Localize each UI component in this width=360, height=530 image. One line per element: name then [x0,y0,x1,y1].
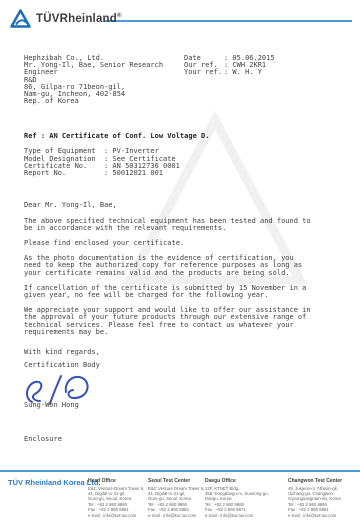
body-paragraph: The above specified technical equipment … [24,218,314,232]
your-ref-label: Your ref. [184,69,224,76]
enclosure-line: Enclosure [24,436,336,443]
detail-value: : 50012021 001 [104,170,163,177]
office-title: Head Office [88,478,144,484]
tuv-rheinland-logo-icon [10,9,31,28]
body-paragraph: We appreciate your support and would lik… [24,307,314,336]
body-paragraph: As the photo documentation is the eviden… [24,255,314,277]
office-title: Changwon Test Center [288,478,342,484]
subject-line: Ref : AN Certificate of Conf. Low Voltag… [24,133,336,140]
office-line: e-mail : info@kor.tuv.com [288,513,342,518]
closing-line: With kind regards, [24,349,336,356]
header-rule [104,20,352,22]
detail-label: Report No. [24,170,104,177]
footer: TÜV Rheinland Korea Ltd. Head Office E&C… [0,470,360,530]
reference-block: Date : 05.06.2015 Our ref. : CWH 2KR1 Yo… [184,55,275,77]
recipient-line: Rep. of Korea [24,98,336,105]
office-line: e-mail : info@kor.tuv.com [148,513,204,518]
body-paragraph: If cancellation of the certificate is su… [24,285,314,299]
office-line: e-mail : info@kor.tuv.com [205,513,269,518]
office-seoul-test-center: Seoul Test Center E&C Venture Dream Towe… [148,478,204,518]
your-ref-row: Your ref. : W. H. Y [184,69,275,76]
equipment-details: Type of Equipment : PV-Inverter Model De… [24,148,336,177]
office-title: Seoul Test Center [148,478,204,484]
office-line: e-mail : info@kor.tuv.com [88,513,144,518]
office-title: Daegu Office [205,478,269,484]
salutation: Dear Mr. Yong-Il, Bae, [24,202,336,209]
certification-body-line: Certification Body [24,362,336,369]
office-changwon-test-center: Changwon Test Center 49, Jukjeon-ro 74be… [288,478,342,518]
body-paragraph: Please find enclosed your certificate. [24,240,314,247]
signer-name: Sung-Won Hong [24,402,336,409]
footer-rule [0,470,360,472]
recipient-address: Hephzibah Co., Ltd. Mr. Yong-Il, Bae, Se… [24,55,336,105]
recipient-line: Mr. Yong-Il, Bae, Senior Research [24,62,336,69]
letter-page: TÜVRheinland® Hephzibah Co., Ltd. Mr. Yo… [0,0,360,530]
detail-row: Report No. : 50012021 001 [24,170,336,177]
footer-company-name: TÜV Rheinland Korea Ltd. [8,478,101,487]
office-head-office: Head Office E&C Venture Dream Tower 6, 4… [88,478,144,518]
registered-mark: ® [117,13,122,19]
office-daegu: Daegu Office 12F, KTNET Bldg., 356, Dong… [205,478,269,518]
brand-text: TÜVRheinland® [36,13,122,25]
letter-content: Hephzibah Co., Ltd. Mr. Yong-Il, Bae, Se… [24,55,336,443]
office-line: Gyeongsangnam-do, Korea [288,496,342,501]
address-and-meta: Hephzibah Co., Ltd. Mr. Yong-Il, Bae, Se… [24,55,336,106]
recipient-line: Engineer [24,69,336,76]
detail-row: Certificate No. : AN 50312736 0001 [24,163,336,170]
your-ref-value: : W. H. Y [224,69,262,76]
letterhead: TÜVRheinland® [10,9,122,28]
